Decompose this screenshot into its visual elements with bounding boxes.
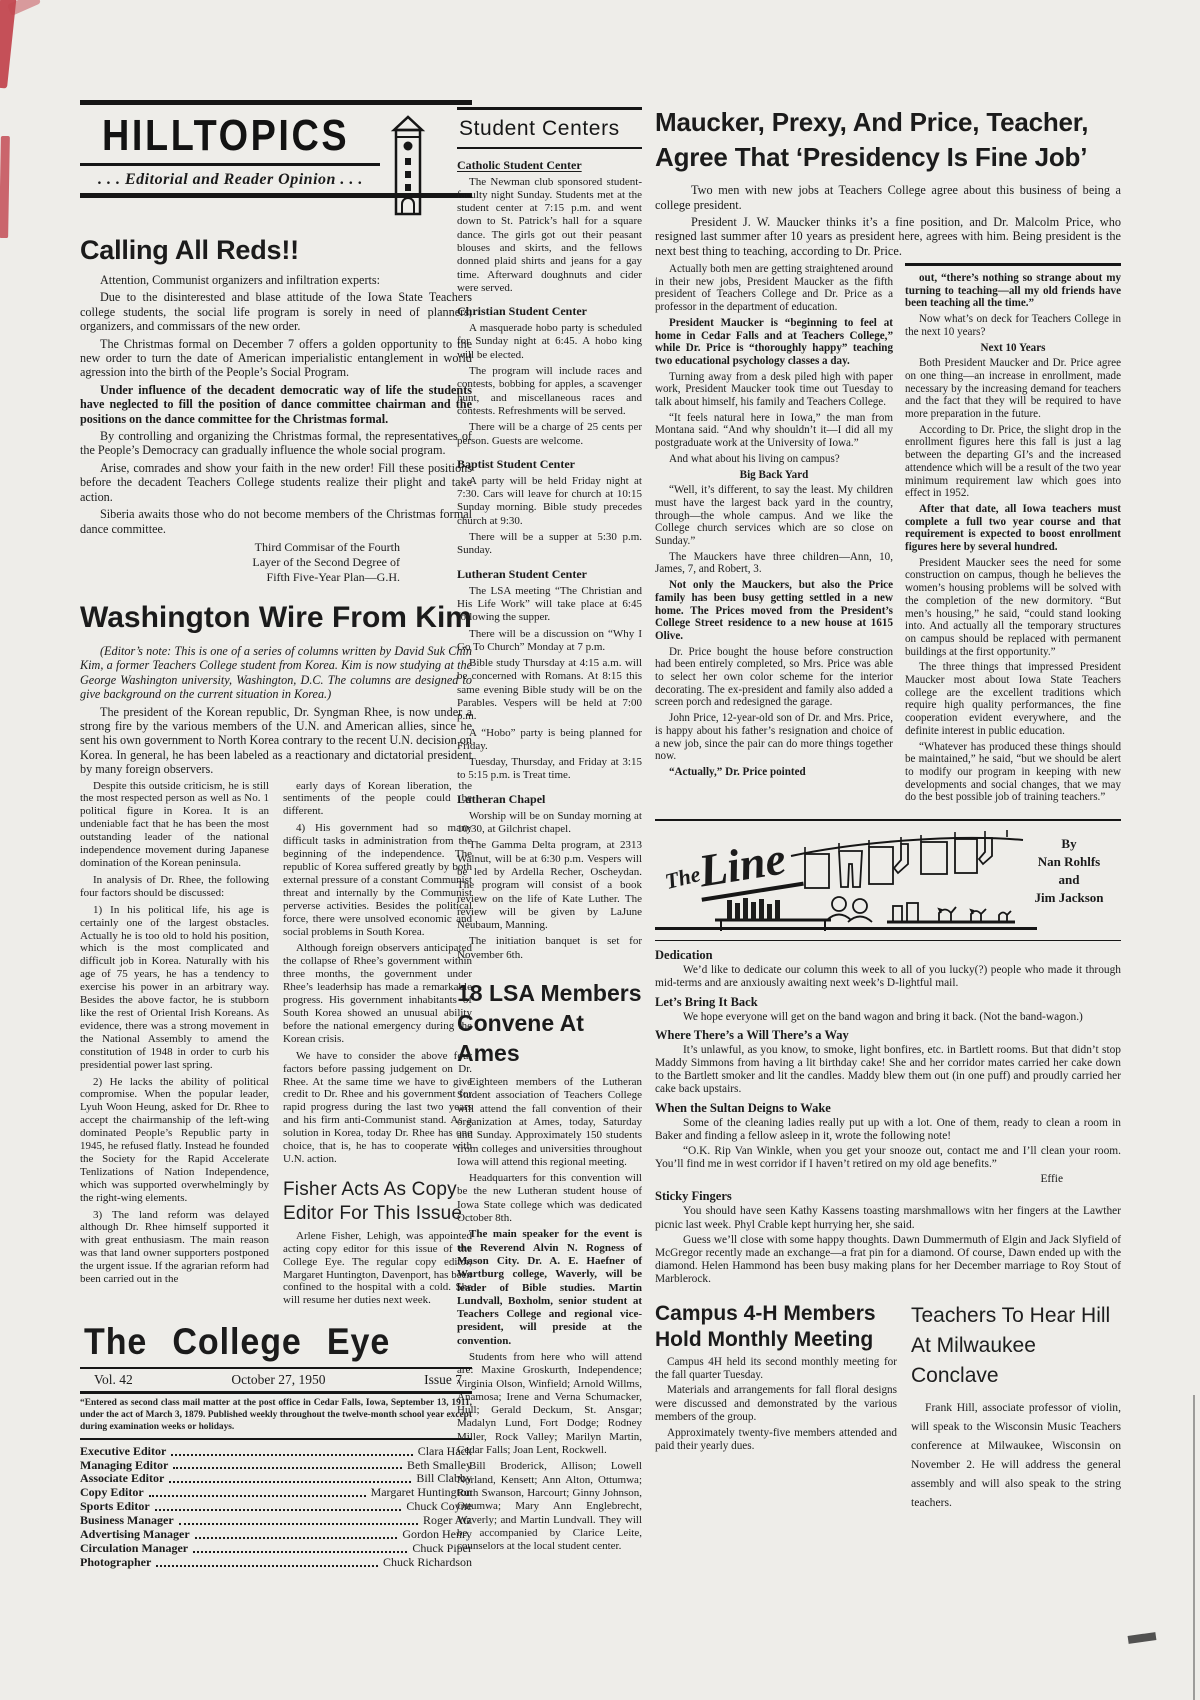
two-column-block: Despite this outside criticism, he is st… [80, 780, 472, 1312]
volume-label: Vol. 42 [94, 1372, 133, 1388]
divider [655, 927, 1037, 930]
staff-role: Copy Editor [80, 1486, 144, 1500]
article-paragraph: The Christmas formal on December 7 offer… [80, 337, 472, 380]
scan-edge-line [1193, 1395, 1196, 1700]
article-paragraph: Tuesday, Thursday, and Friday at 3:15 to… [457, 756, 642, 783]
dot-leader [179, 1523, 418, 1525]
article-paragraph: Not only the Mauckers, but also the Pric… [655, 579, 893, 643]
article-paragraph: The main speaker for the event is the Re… [457, 1228, 642, 1348]
article-paragraph: There will be a charge of 25 cents per p… [457, 421, 642, 448]
signature-block: Third Commisar of the Fourth Layer of th… [80, 540, 400, 585]
article-paragraph: Bible study Thursday at 4:15 a.m. will b… [457, 657, 642, 723]
staff-role: Circulation Manager [80, 1542, 188, 1556]
article-paragraph: President Maucker is “beginning to feel … [655, 317, 893, 368]
article-paragraph: There will be a supper at 5:30 p.m. Sund… [457, 531, 642, 558]
article-paragraph: Approximately twenty-five members attend… [655, 1427, 897, 1454]
divider [80, 163, 380, 166]
article-paragraph: Two men with new jobs at Teachers Colleg… [655, 183, 1121, 213]
article-paragraph: Due to the disinterested and blase attit… [80, 290, 472, 333]
subhead-lutheran-center: Lutheran Student Center [457, 567, 642, 582]
article-paragraph: Now what’s on deck for Teachers College … [905, 313, 1121, 338]
article-paragraph: “O.K. Rip Van Winkle, when you get your … [655, 1145, 1121, 1171]
right-column: Maucker, Prexy, And Price, Teacher, Agre… [655, 105, 1121, 1515]
sub-column-left: Despite this outside criticism, he is st… [80, 780, 269, 1312]
article-paragraph: “Well, it’s different, to say the least.… [655, 484, 893, 548]
article-paragraph: Students from here who will attend are: … [457, 1351, 642, 1457]
section-title: Where There’s a Will There’s a Way [655, 1027, 1121, 1043]
staff-row: PhotographerChuck Richardson [80, 1556, 472, 1570]
article-paragraph: Worship will be on Sunday morning at 10:… [457, 810, 642, 837]
left-column: HILLTOPICS . . . Editorial and Reader Op… [80, 100, 472, 1570]
subhead-baptist-center: Baptist Student Center [457, 457, 642, 472]
article-paragraph: In analysis of Dr. Rhee, the following f… [80, 874, 269, 900]
section-title: When the Sultan Deigns to Wake [655, 1100, 1121, 1116]
staff-row: Sports EditorChuck Coyne [80, 1500, 472, 1514]
staff-row: Circulation ManagerChuck Piper [80, 1542, 472, 1556]
headline-line: Convene At Ames [457, 1008, 642, 1068]
staff-role: Executive Editor [80, 1445, 166, 1459]
divider [655, 819, 1121, 821]
dot-leader [173, 1467, 402, 1469]
section-title: Sticky Fingers [655, 1188, 1121, 1204]
subhead-christian-center: Christian Student Center [457, 304, 642, 319]
signature-line: Layer of the Second Degree of [80, 555, 400, 570]
byline-word: and [1017, 871, 1121, 889]
headline-fisher-copy-editor: Fisher Acts As Copy Editor For This Issu… [283, 1178, 472, 1226]
article-paragraph: A party will be held Friday night at 7:3… [457, 475, 642, 528]
article-paragraph: Turning away from a desk piled high with… [655, 371, 893, 409]
article-paragraph: The LSA meeting “The Christian and His L… [457, 585, 642, 625]
article-lsa-convene: 18 LSA Members Convene At Ames Eighteen … [457, 978, 642, 1553]
article-paragraph: early days of Korean liberation, the sen… [283, 780, 472, 819]
article-paragraph: The Newman club sponsored student-facult… [457, 176, 642, 296]
dot-leader [155, 1509, 402, 1511]
staff-row: Business ManagerRoger Atz [80, 1514, 472, 1528]
middle-column: Student Centers Catholic Student Center … [457, 107, 642, 1556]
headline-student-centers: Student Centers [459, 117, 642, 141]
staff-role: Photographer [80, 1556, 151, 1570]
article-paragraph: You should have seen Kathy Kassens toast… [655, 1205, 1121, 1231]
article-paragraph: A “Hobo” party is being planned for Frid… [457, 727, 642, 754]
staff-role: Advertising Manager [80, 1528, 190, 1542]
article-paragraph: Campus 4H held its second monthly meetin… [655, 1356, 897, 1383]
article-paragraph: “Actually,” Dr. Price pointed [655, 766, 893, 779]
staff-row: Advertising ManagerGordon Henry [80, 1528, 472, 1542]
article-campus-4h: Campus 4-H Members Hold Monthly Meeting … [655, 1301, 897, 1515]
sub-column-left: Actually both men are getting straighten… [655, 263, 893, 807]
article-paragraph: “It feels natural here in Iowa,” the man… [655, 412, 893, 450]
headline-line: Campus 4-H Members [655, 1301, 897, 1327]
college-eye-title: The College Eye [84, 1321, 441, 1363]
article-paragraph: Guess we’ll close with some happy though… [655, 1234, 1121, 1287]
article-paragraph: According to Dr. Price, the slight drop … [905, 424, 1121, 500]
staff-role: Associate Editor [80, 1472, 164, 1486]
newspaper-page: HILLTOPICS . . . Editorial and Reader Op… [0, 0, 1200, 1700]
article-paragraph: Arlene Fisher, Lehigh, was appointed act… [283, 1230, 472, 1307]
section-title: Let’s Bring It Back [655, 994, 1121, 1010]
article-paragraph: Both President Maucker and Dr. Price agr… [905, 357, 1121, 421]
article-paragraph: A masquerade hobo party is scheduled for… [457, 322, 642, 362]
signoff-effie: Effie [655, 1173, 1121, 1185]
article-paragraph: The Mauckers have three children—Ann, 10… [655, 551, 893, 576]
dot-leader [169, 1481, 411, 1483]
red-ink-mark [0, 136, 10, 238]
article-washington-wire: Washington Wire From Kim (Editor’s note:… [80, 601, 472, 1311]
article-calling-all-reds: Calling All Reds!! Attention, Communist … [80, 235, 472, 585]
staff-row: Copy EditorMargaret Huntington [80, 1486, 472, 1500]
headline-maucker-price: Maucker, Prexy, And Price, Teacher, Agre… [655, 105, 1121, 175]
signature-line: Third Commisar of the Fourth [80, 540, 400, 555]
headline-campus-4h: Campus 4-H Members Hold Monthly Meeting [655, 1301, 897, 1353]
article-paragraph: Actually both men are getting straighten… [655, 263, 893, 314]
headline-line: Maucker, Prexy, And Price, Teacher, [655, 105, 1121, 140]
issue-date: October 27, 1950 [231, 1372, 325, 1388]
article-paragraph: President Maucker sees the need for some… [905, 557, 1121, 659]
article-teachers-hear-hill: Teachers To Hear Hill At Milwaukee Concl… [911, 1301, 1121, 1515]
headline-line: Agree That ‘Presidency Is Fine Job’ [655, 140, 1121, 175]
article-paragraph: Some of the cleaning ladies really put u… [655, 1117, 1121, 1143]
college-eye-masthead: The College Eye Vol. 42 October 27, 1950… [80, 1321, 472, 1570]
article-paragraph: It’s unlawful, as you know, to smoke, li… [655, 1044, 1121, 1097]
headline-teachers-hear-hill: Teachers To Hear Hill At Milwaukee Concl… [911, 1301, 1121, 1391]
staff-name: Chuck Richardson [383, 1556, 472, 1570]
headline-line: Hold Monthly Meeting [655, 1327, 897, 1353]
article-paragraph: By controlling and organizing the Christ… [80, 429, 472, 458]
staff-role: Sports Editor [80, 1500, 150, 1514]
article-paragraph: 1) In his political life, his age is cer… [80, 904, 269, 1072]
article-paragraph: Eighteen members of the Lutheran Student… [457, 1076, 642, 1169]
headline-line: Teachers To Hear Hill [911, 1301, 1121, 1331]
article-paragraph: The program will include races and conte… [457, 365, 642, 418]
entered-notice: “Entered as second class mail matter at … [80, 1398, 472, 1433]
signature-line: Fifth Five-Year Plan—G.H. [80, 570, 400, 585]
subhead-catholic-center: Catholic Student Center [457, 158, 642, 173]
staff-row: Associate EditorBill Clabby [80, 1472, 472, 1486]
dot-leader [193, 1551, 407, 1553]
staff-list: Executive EditorClara Hack Managing Edit… [80, 1445, 472, 1570]
two-column-block: Actually both men are getting straighten… [655, 263, 1121, 807]
the-line-byline: By Nan Rohlfs and Jim Jackson [1017, 835, 1121, 907]
section-subhead: Big Back Yard [655, 469, 893, 482]
dot-leader [195, 1537, 398, 1539]
campanile-tower-icon [388, 114, 428, 220]
article-paragraph: 2) He lacks the ability of political com… [80, 1076, 269, 1205]
article-paragraph: Bill Broderick, Allison; Lowell Norland,… [457, 1460, 642, 1553]
staff-role: Managing Editor [80, 1459, 168, 1473]
the-line-column-body: Dedication We’d like to dedicate our col… [655, 947, 1121, 1286]
section-title: Dedication [655, 947, 1121, 963]
subhead-lutheran-chapel: Lutheran Chapel [457, 792, 642, 807]
divider [80, 100, 472, 105]
divider [655, 940, 1121, 942]
article-paragraph: Under influence of the decadent democrat… [80, 383, 472, 426]
article-paragraph: John Price, 12-year-old son of Dr. and M… [655, 712, 893, 763]
article-paragraph: We have to consider the above four facto… [283, 1050, 472, 1166]
section-subhead: Next 10 Years [905, 342, 1121, 355]
article-paragraph: The Gamma Delta program, at 2313 Walnut,… [457, 839, 642, 932]
headline-line: 18 LSA Members [457, 978, 642, 1008]
headline-line: Fisher Acts As Copy [283, 1178, 472, 1202]
headline-washington-wire: Washington Wire From Kim [80, 601, 472, 635]
article-paragraph: out, “there’s nothing so strange about m… [905, 263, 1121, 310]
byline-author: Nan Rohlfs [1017, 853, 1121, 871]
article-paragraph: Dr. Price bought the house before constr… [655, 646, 893, 710]
article-paragraph: The initiation banquet is set for Novemb… [457, 935, 642, 962]
article-paragraph: Frank Hill, associate professor of violi… [911, 1398, 1121, 1512]
hilltopics-title: HILLTOPICS [102, 111, 420, 161]
article-paragraph: We’d like to dedicate our column this we… [655, 964, 1121, 990]
sub-column-right: out, “there’s nothing so strange about m… [905, 263, 1121, 807]
headline-line: At Milwaukee Conclave [911, 1331, 1121, 1391]
dot-leader [171, 1454, 412, 1456]
divider [457, 107, 642, 110]
article-paragraph: President J. W. Maucker thinks it’s a fi… [655, 215, 1121, 259]
article-paragraph: The three things that impressed Presiden… [905, 661, 1121, 737]
hilltopics-masthead: HILLTOPICS . . . Editorial and Reader Op… [80, 100, 472, 226]
article-paragraph: 4) His government had so many difficult … [283, 822, 472, 938]
article-paragraph: And what about his living on campus? [655, 453, 893, 466]
article-paragraph: Attention, Communist organizers and infi… [80, 273, 472, 287]
divider [457, 147, 642, 149]
divider [80, 1438, 472, 1440]
headline-calling-all-reds: Calling All Reds!! [80, 235, 472, 266]
staff-row: Managing EditorBeth Smalley [80, 1459, 472, 1473]
article-paragraph: We hope everyone will get on the band wa… [655, 1011, 1121, 1024]
article-paragraph: Headquarters for this convention will be… [457, 1172, 642, 1225]
volume-row: Vol. 42 October 27, 1950 Issue 7 [80, 1369, 472, 1391]
staff-role: Business Manager [80, 1514, 174, 1528]
article-paragraph: Arise, comrades and show your faith in t… [80, 461, 472, 504]
article-paragraph: Although foreign observers anticipated t… [283, 942, 472, 1045]
editors-note: (Editor’s note: This is one of a series … [80, 644, 472, 702]
dot-leader [156, 1565, 378, 1567]
article-paragraph: 3) The land reform was delayed although … [80, 1209, 269, 1286]
sub-column-right: early days of Korean liberation, the sen… [283, 780, 472, 1312]
the-line-column-header: The Line By Nan Rohlfs and Jim Jackson [655, 819, 1121, 941]
red-ink-mark [7, 0, 41, 16]
article-paragraph: Despite this outside criticism, he is st… [80, 780, 269, 870]
headline-lsa-convene: 18 LSA Members Convene At Ames [457, 978, 642, 1068]
article-paragraph: Siberia awaits those who do not become m… [80, 507, 472, 536]
byline-word: By [1017, 835, 1121, 853]
divider [80, 1391, 472, 1394]
article-paragraph: After that date, all Iowa teachers must … [905, 503, 1121, 554]
headline-line: Editor For This Issue [283, 1202, 472, 1226]
article-maucker-price: Maucker, Prexy, And Price, Teacher, Agre… [655, 105, 1121, 807]
byline-author: Jim Jackson [1017, 889, 1121, 907]
staff-row: Executive EditorClara Hack [80, 1445, 472, 1459]
article-paragraph: “Whatever has produced these things shou… [905, 741, 1121, 805]
bottom-article-row: Campus 4-H Members Hold Monthly Meeting … [655, 1301, 1121, 1515]
article-paragraph: There will be a discussion on “Why I Go … [457, 628, 642, 655]
dot-leader [149, 1495, 366, 1497]
scan-corner-mark [1128, 1632, 1157, 1644]
article-paragraph: Materials and arrangements for fall flor… [655, 1384, 897, 1424]
article-paragraph: The president of the Korean republic, Dr… [80, 705, 472, 777]
